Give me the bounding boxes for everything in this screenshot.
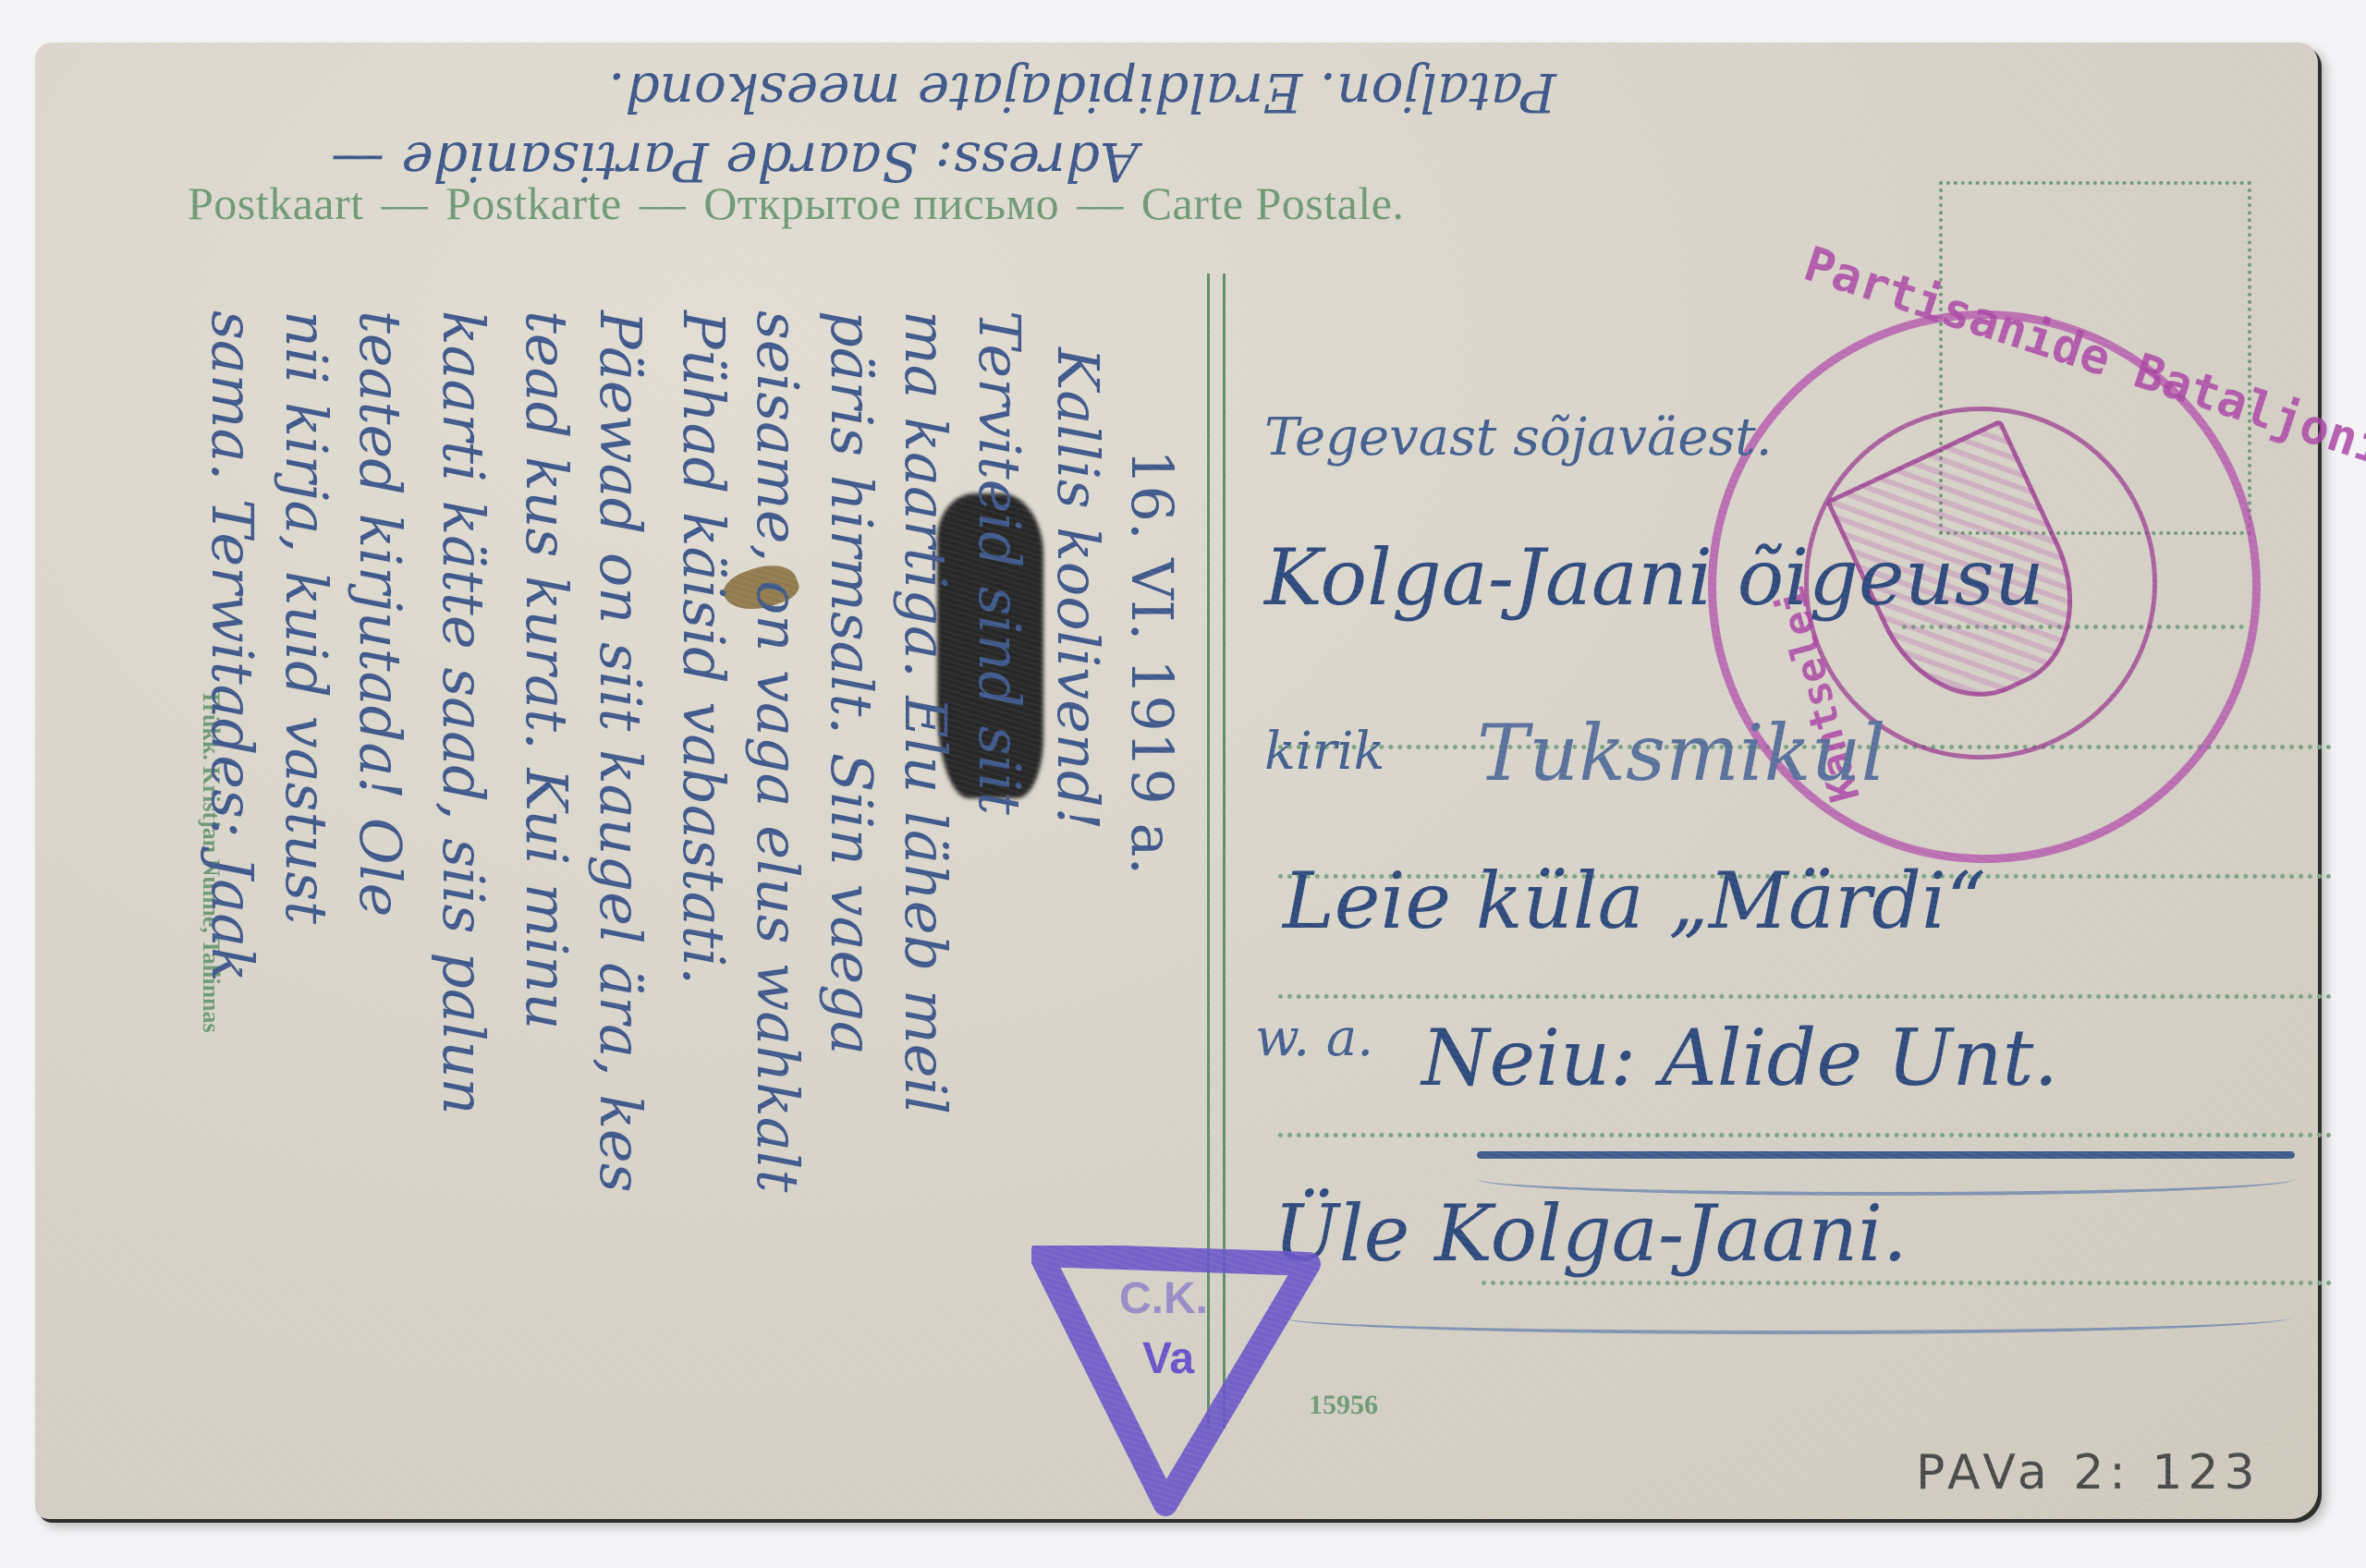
- route-wavy-underline: [1283, 1318, 2290, 1334]
- postcard: Postkaart — Postkarte — Открытое письмо …: [35, 43, 2318, 1519]
- message-line: tead kus kurat. Kui minu: [513, 310, 580, 1029]
- censor-stamp-line1: C.K.: [1119, 1273, 1208, 1324]
- card-number: 15956: [1309, 1390, 1378, 1421]
- header-french: Carte Postale.: [1141, 177, 1405, 229]
- address-line-6: [1482, 1281, 2332, 1285]
- header-estonian: Postkaart: [188, 177, 364, 229]
- message-date: 16. VI. 1919 a.: [1118, 449, 1186, 875]
- battalion-round-stamp: [1708, 310, 2261, 863]
- address-line-3: [1278, 874, 2332, 879]
- header-german: Postkarte: [445, 177, 622, 229]
- stamp-inner-ring: [1804, 407, 2157, 760]
- message-line: sama. Terwitades: Jaak: [199, 310, 266, 982]
- brown-stain: [719, 556, 803, 621]
- recipient-wavy-underline: [1477, 1179, 2295, 1196]
- address-line-1: [1902, 625, 2244, 629]
- header-russian: Открытое письмо: [703, 177, 1059, 229]
- coat-of-arms-icon: [1825, 419, 2106, 726]
- message-greeting: Kallis koolivend!: [1044, 347, 1112, 830]
- censor-stamp-line2: Va: [1142, 1333, 1194, 1384]
- address-line6-text: Üle Kolga-Jaani.: [1274, 1188, 1908, 1279]
- message-line: teated kirjutada! Ole: [347, 310, 414, 917]
- postage-stamp-box: [1939, 181, 2251, 535]
- address-line-2: [1278, 745, 2332, 749]
- address-line-5: [1278, 1133, 2332, 1137]
- return-address-line1: Adress: Saarde Partisanide —: [331, 130, 1139, 193]
- address-line5-text: Neiu: Alide Unt.: [1421, 1013, 2058, 1103]
- message-line: kaarti kätte saad, siis palun: [430, 310, 497, 1115]
- header-dash: —: [382, 177, 429, 229]
- address-line3-text: Tuksmikul: [1477, 708, 1886, 798]
- address-line1-text: Tegevast sõjaväest.: [1264, 407, 1773, 468]
- stamp-text-bottom: Kantselei: [1767, 582, 1870, 807]
- address-line5-prefix: w. a.: [1255, 1008, 1373, 1068]
- recipient-underline: [1477, 1151, 2295, 1159]
- return-address-line2: Pataljon. Eraldipidajate meeskond.: [608, 61, 1556, 124]
- message-line: päris hirmsalt. Siin vaega: [818, 310, 885, 1055]
- header-dash: —: [1077, 177, 1124, 229]
- message-line: ma kaartiga. Elu läheb meil: [892, 310, 959, 1114]
- stamp-text-top: Partisanide Bataljoni: [1798, 237, 2366, 477]
- address-line3-prefix: kirik: [1264, 722, 1384, 782]
- message-line: seisame, on vaga elus wahkalt: [744, 310, 811, 1193]
- triangle-icon: [1031, 1246, 1327, 1523]
- printer-imprint: Trükk. Kristjan Nunne, Tallinnas: [197, 689, 225, 1033]
- message-line: Päewad on siit kaugel ära, kes: [587, 310, 654, 1193]
- message-line: Pühad käisid vabastati.: [670, 310, 738, 985]
- address-line4-text: Leie küla „Märdi“: [1283, 856, 1986, 946]
- address-line-4: [1278, 994, 2332, 999]
- archive-number: PAVa 2: 123: [1916, 1445, 2261, 1501]
- address-line2-text: Kolga-Jaani õigeusu: [1264, 532, 2044, 623]
- message-line: Terviteid sind siit: [966, 310, 1033, 815]
- center-divider: [1207, 273, 1226, 1428]
- message-line: nii kirja, kuid vastust: [273, 310, 340, 924]
- ink-smudge: [937, 493, 1043, 798]
- header-dash: —: [640, 177, 687, 229]
- printed-header: Postkaart — Postkarte — Открытое письмо …: [188, 176, 1409, 230]
